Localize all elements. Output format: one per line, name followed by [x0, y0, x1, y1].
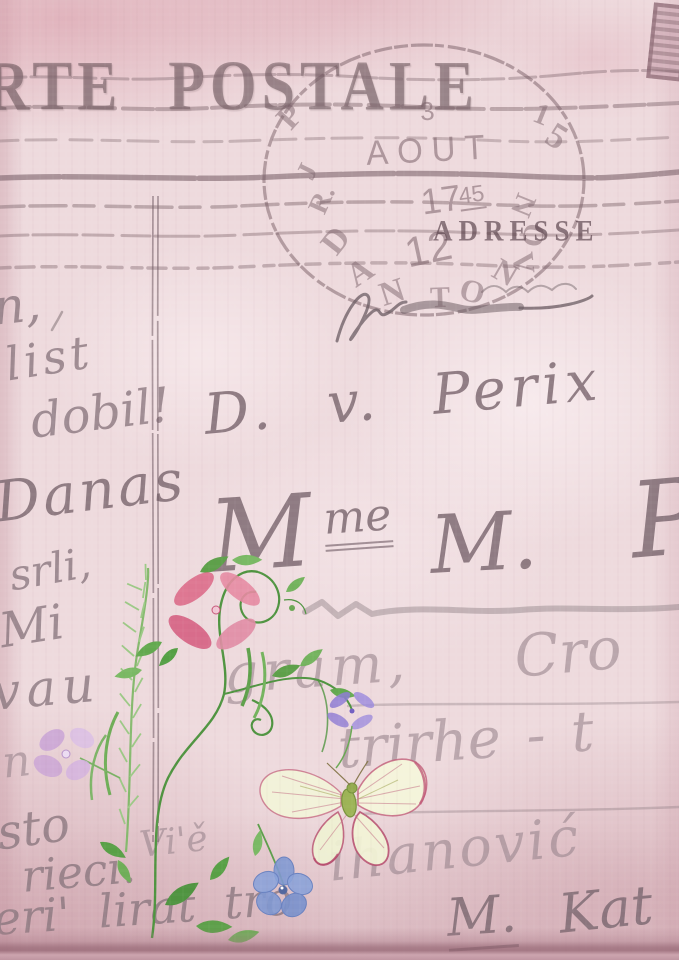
vine-leaves-illustration [114, 553, 357, 944]
blue-flower-illustration [250, 857, 316, 921]
sprig-illustration [91, 564, 151, 886]
floral-illustration [0, 0, 679, 960]
pink-flower-illustration [163, 566, 265, 655]
butterfly-illustration [260, 759, 427, 865]
postcard-scan: RTE POSTALE n, list dobil! D. v. Perix D… [0, 0, 679, 960]
purple-flower-illustration [325, 689, 377, 768]
